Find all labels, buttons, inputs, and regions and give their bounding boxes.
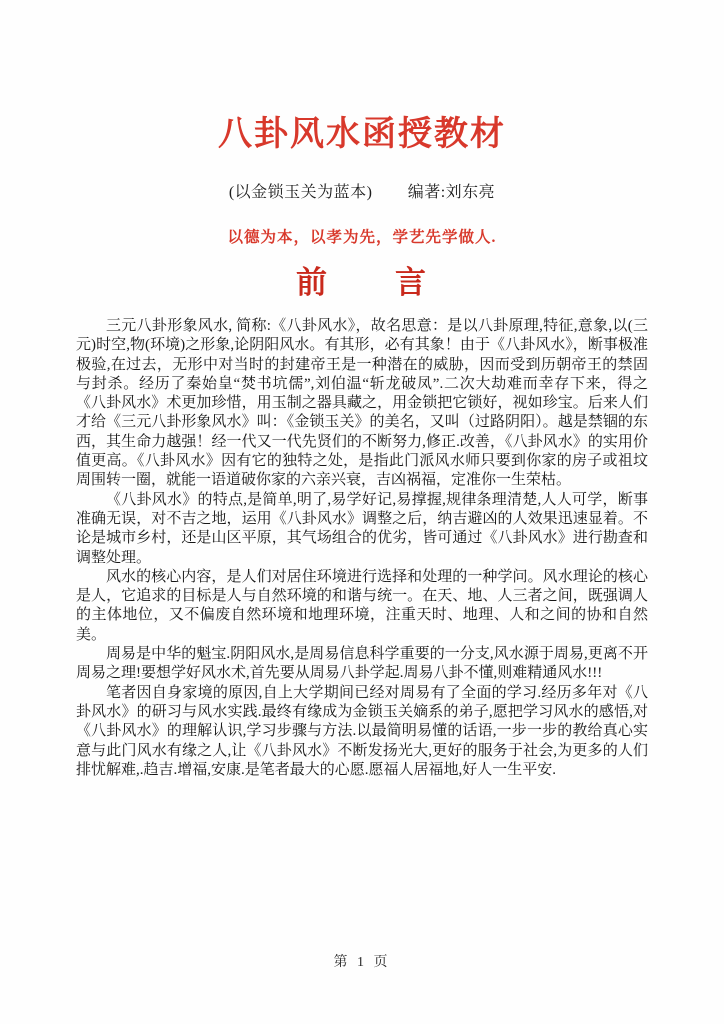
- preface-paragraph-2: 《八卦风水》的特点,是简单,明了,易学好记,易撑握,规律条理清楚,人人可学，断事…: [76, 491, 648, 568]
- document-page: 八卦风水函授教材 (以金锁玉关为蓝本)编著:刘东亮 以德为本，以孝为先，学艺先学…: [0, 0, 724, 1024]
- preface-paragraph-3: 风水的核心内容，是人们对居住环境进行选择和处理的一种学问。风水理论的核心是人，它…: [76, 568, 648, 645]
- preface-paragraph-5: 笔者因自身家境的原因,自上大学期间已经对周易有了全面的学习.经历多年对《八卦风水…: [76, 684, 648, 780]
- page-number: 第 1 页: [0, 951, 724, 971]
- author-credit: 编著:刘东亮: [408, 179, 495, 202]
- preface-heading: 前 言: [0, 257, 724, 302]
- preface-body: 三元八卦形象风水, 简称:《八卦风水》，故名思意：是以八卦原理,特征,意象,以(…: [76, 317, 648, 780]
- subtitle-basis: (以金锁玉关为蓝本): [229, 184, 373, 201]
- preface-paragraph-1: 三元八卦形象风水, 简称:《八卦风水》，故名思意：是以八卦原理,特征,意象,以(…: [76, 317, 648, 491]
- page-title: 八卦风水函授教材: [0, 0, 724, 155]
- preface-paragraph-4: 周易是中华的魁宝.阴阳风水,是周易信息科学重要的一分支,风水源于周易,更离不开周…: [76, 645, 648, 684]
- motto-line: 以德为本，以孝为先，学艺先学做人.: [0, 225, 724, 247]
- subtitle-line: (以金锁玉关为蓝本)编著:刘东亮: [0, 179, 724, 202]
